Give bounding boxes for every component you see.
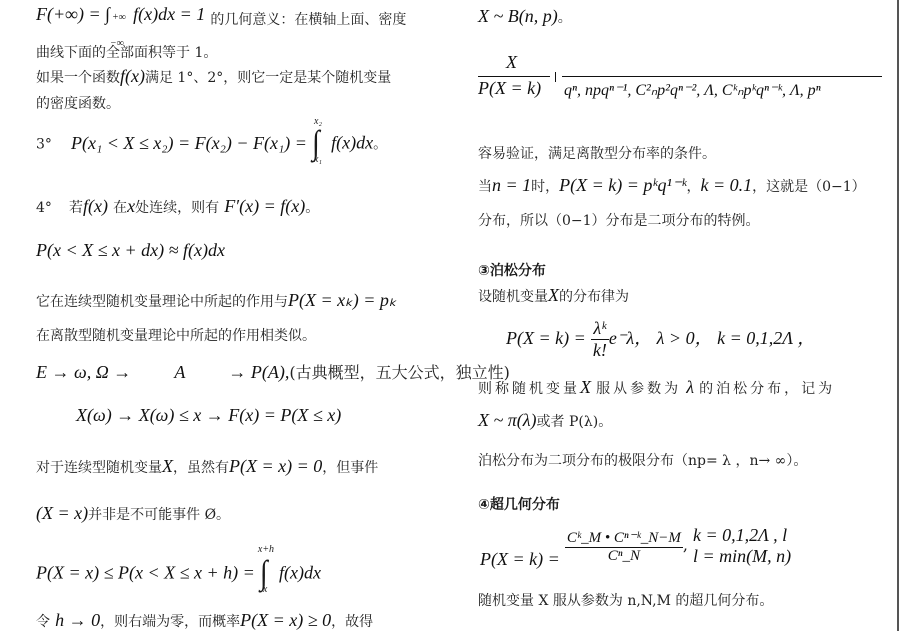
table-divider-right xyxy=(562,76,882,77)
poisson-definition: 则称随机变量X 服从参数为 λ 的泊松分布，记为 xyxy=(478,377,835,398)
random-variable-chain: X(ω) → X(ω) ≤ x → F(x) = P(X ≤ x) xyxy=(76,405,341,426)
table-header-x: X xyxy=(506,52,517,73)
poisson-limit-note: 泊松分布为二项分布的极限分布（np= λ ，n→ ∞）。 xyxy=(478,450,807,470)
poisson-intro: 设随机变量X的分布律为 xyxy=(478,285,629,306)
limit-note: 令 h → 0，则右端为零，而概率P(X = x) ≥ 0，故得 xyxy=(36,610,373,631)
table-probabilities: qⁿ, npqⁿ⁻¹, C²ₙp²qⁿ⁻², Λ, Cᵏₙpᵏqⁿ⁻ᵏ, Λ, … xyxy=(564,80,821,100)
density-condition-line: 如果一个函数f(x)满足 1°、2°，则它一定是某个随机变量 xyxy=(36,66,391,87)
property-3: 3° P(x₁ < X ≤ x₂) = F(x₂) − F(x₁) = ∫x₂x… xyxy=(36,128,387,160)
integral-upper-limit: +∞ xyxy=(112,12,126,23)
hypergeometric-heading: ④超几何分布 xyxy=(478,494,560,514)
bernoulli-case: 当n = 1时，P(X = k) = pᵏq¹⁻ᵏ，k = 0.1，这就是（0−… xyxy=(478,175,866,196)
binomial-notation: X ~ B(n, p)。 xyxy=(478,6,572,27)
event-note: (X = x)并非是不可能事件 Ø。 xyxy=(36,503,230,524)
normalization-integrand: f(x)dx = 1 xyxy=(133,4,205,24)
poisson-notation: X ~ π(λ)或者 P(λ)。 xyxy=(478,410,612,431)
continuous-note: 对于连续型随机变量X，虽然有P(X = x) = 0，但事件 xyxy=(36,456,378,477)
role-line-2: 在离散型随机变量理论中所起的作用相类似。 xyxy=(36,325,316,345)
table-separator xyxy=(555,72,556,82)
normalization-formula: F(+∞) = ∫ xyxy=(36,4,110,24)
density-function-text: 的密度函数。 xyxy=(36,93,120,113)
hypergeometric-description: 随机变量 X 服从参数为 n,N,M 的超几何分布。 xyxy=(478,590,773,610)
property-3-formula: P(x₁ < X ≤ x₂) = F(x₂) − F(x₁) = xyxy=(71,133,307,153)
geometric-meaning-text: 的几何意义：在横轴上面、密度 xyxy=(210,12,406,28)
event-chain: E → ω, Ω → A → P(A),(古典概型，五大公式，独立性) xyxy=(36,360,510,383)
table-divider-left xyxy=(478,76,550,77)
inequality-formula: P(X = x) ≤ P(x < X ≤ x + h) = ∫x+hx f(x)… xyxy=(36,558,321,590)
role-line: 它在连续型随机变量理论中所起的作用与P(X = xₖ) = pₖ xyxy=(36,290,397,311)
area-text: 曲线下面的全部面积等于 1。 xyxy=(36,42,217,62)
binomial-distribution-table: X P(X = k) qⁿ, npqⁿ⁻¹, C²ₙp²qⁿ⁻², Λ, Cᵏₙ… xyxy=(478,52,883,104)
page-right-border xyxy=(897,0,899,631)
property-4: 4° 若f(x) 在x处连续，则有 F′(x) = f(x)。 xyxy=(36,196,319,217)
bernoulli-note: 分布，所以（0−1）分布是二项分布的特例。 xyxy=(478,210,760,230)
table-header-p: P(X = k) xyxy=(478,78,541,99)
verify-text: 容易验证，满足离散型分布率的条件。 xyxy=(478,143,716,163)
property-4-label: 4° xyxy=(36,200,52,216)
property-3-label: 3° xyxy=(36,137,52,153)
poisson-formula: P(X = k) = λᵏk!e⁻λ， λ > 0， k = 0,1,2Λ ， xyxy=(506,318,815,361)
poisson-heading: ③泊松分布 xyxy=(478,260,546,280)
hypergeometric-formula: P(X = k) = Cᵏ_M • Cⁿ⁻ᵏ_N−MCⁿ_N, k = 0,1,… xyxy=(480,525,791,567)
normalization-formula-line: F(+∞) = ∫+∞−∞ f(x)dx = 1 的几何意义：在横轴上面、密度 xyxy=(36,4,406,25)
approximation-formula: P(x < X ≤ x + dx) ≈ f(x)dx xyxy=(36,240,225,261)
